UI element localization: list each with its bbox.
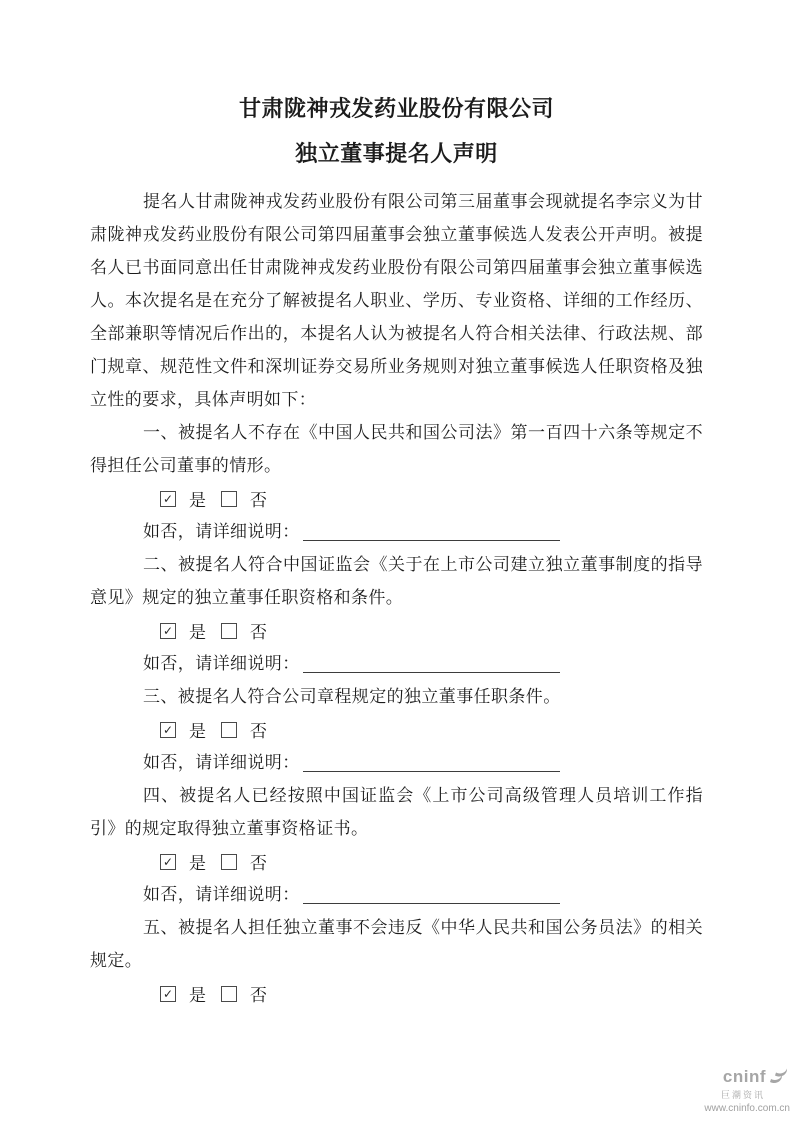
detail-prompt: 如否，请详细说明： (143, 753, 300, 772)
yes-no-row: ✓ 是 否 (90, 713, 703, 746)
section-statement: 一、被提名人不存在《中国人民共和国公司法》第一百四十六条等规定不得担任公司董事的… (90, 416, 703, 482)
detail-row: 如否，请详细说明： (90, 515, 703, 548)
cninfo-logo-block: cninf 巨潮资讯 www.cninfo.com.cn (704, 1067, 790, 1114)
detail-row: 如否，请详细说明： (90, 878, 703, 911)
no-checkbox[interactable] (221, 722, 237, 738)
section-statement: 三、被提名人符合公司章程规定的独立董事任职条件。 (90, 680, 703, 713)
no-label: 否 (250, 981, 267, 1006)
document-page: 甘肃陇神戎发药业股份有限公司 独立董事提名人声明 提名人甘肃陇神戎发药业股份有限… (0, 0, 793, 1122)
detail-prompt: 如否，请详细说明： (143, 885, 300, 904)
yes-checkbox[interactable]: ✓ (160, 491, 176, 507)
yes-no-row: ✓ 是 否 (90, 977, 703, 1010)
detail-prompt: 如否，请详细说明： (143, 522, 300, 541)
cninfo-brand-chinese: 巨潮资讯 (704, 1088, 765, 1101)
cninfo-brand-text: cninf (723, 1067, 766, 1087)
detail-row: 如否，请详细说明： (90, 647, 703, 680)
section-statement: 四、被提名人已经按照中国证监会《上市公司高级管理人员培训工作指引》的规定取得独立… (90, 779, 703, 845)
no-label: 否 (250, 717, 267, 742)
declaration-section: 四、被提名人已经按照中国证监会《上市公司高级管理人员培训工作指引》的规定取得独立… (90, 779, 703, 911)
no-label: 否 (250, 849, 267, 874)
detail-blank-line[interactable] (303, 753, 560, 772)
no-checkbox[interactable] (221, 986, 237, 1002)
yes-label: 是 (189, 849, 206, 874)
declaration-section: 三、被提名人符合公司章程规定的独立董事任职条件。 ✓ 是 否 如否，请详细说明： (90, 680, 703, 779)
no-label: 否 (250, 618, 267, 643)
document-subtitle: 独立董事提名人声明 (90, 137, 703, 171)
no-label: 否 (250, 486, 267, 511)
yes-label: 是 (189, 618, 206, 643)
no-checkbox[interactable] (221, 854, 237, 870)
detail-blank-line[interactable] (303, 654, 560, 673)
detail-prompt: 如否，请详细说明： (143, 654, 300, 673)
intro-paragraph: 提名人甘肃陇神戎发药业股份有限公司第三届董事会现就提名李宗义为甘肃陇神戎发药业股… (90, 185, 703, 416)
yes-checkbox[interactable]: ✓ (160, 722, 176, 738)
cninfo-swirl-icon (768, 1068, 790, 1086)
yes-label: 是 (189, 717, 206, 742)
section-statement: 二、被提名人符合中国证监会《关于在上市公司建立独立董事制度的指导意见》规定的独立… (90, 548, 703, 614)
declaration-section: 二、被提名人符合中国证监会《关于在上市公司建立独立董事制度的指导意见》规定的独立… (90, 548, 703, 680)
yes-checkbox[interactable]: ✓ (160, 986, 176, 1002)
declaration-section: 五、被提名人担任独立董事不会违反《中华人民共和国公务员法》的相关规定。 ✓ 是 … (90, 911, 703, 1010)
yes-checkbox[interactable]: ✓ (160, 623, 176, 639)
detail-row: 如否，请详细说明： (90, 746, 703, 779)
cninfo-website-url: www.cninfo.com.cn (704, 1103, 790, 1114)
yes-label: 是 (189, 981, 206, 1006)
yes-no-row: ✓ 是 否 (90, 482, 703, 515)
cninfo-brand-row: cninf (704, 1067, 790, 1087)
section-statement: 五、被提名人担任独立董事不会违反《中华人民共和国公务员法》的相关规定。 (90, 911, 703, 977)
detail-blank-line[interactable] (303, 522, 560, 541)
no-checkbox[interactable] (221, 491, 237, 507)
yes-no-row: ✓ 是 否 (90, 614, 703, 647)
yes-checkbox[interactable]: ✓ (160, 854, 176, 870)
yes-label: 是 (189, 486, 206, 511)
yes-no-row: ✓ 是 否 (90, 845, 703, 878)
declaration-section: 一、被提名人不存在《中国人民共和国公司法》第一百四十六条等规定不得担任公司董事的… (90, 416, 703, 548)
sections-container: 一、被提名人不存在《中国人民共和国公司法》第一百四十六条等规定不得担任公司董事的… (90, 416, 703, 1010)
detail-blank-line[interactable] (303, 885, 560, 904)
no-checkbox[interactable] (221, 623, 237, 639)
document-title: 甘肃陇神戎发药业股份有限公司 (90, 92, 703, 126)
